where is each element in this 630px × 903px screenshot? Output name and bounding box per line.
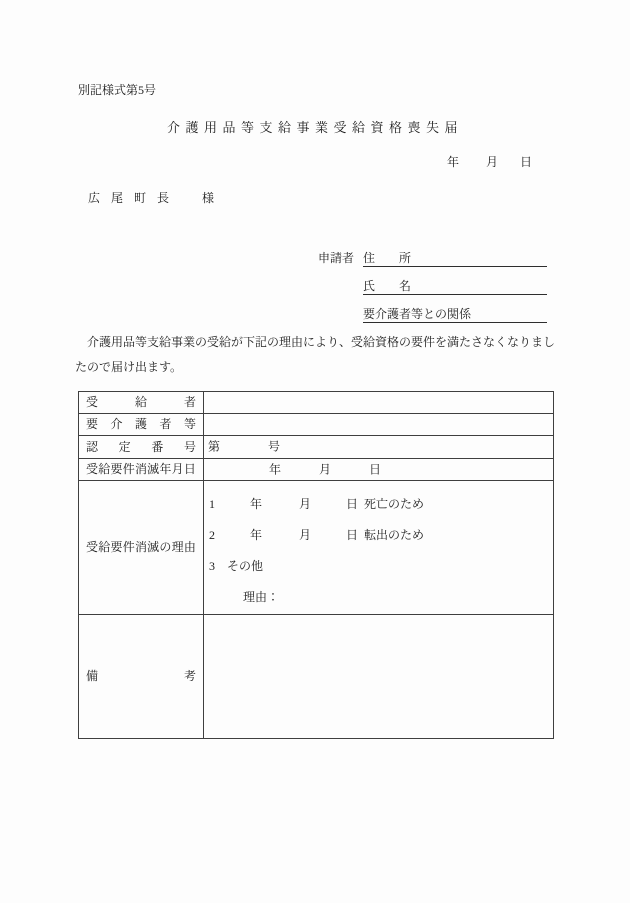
recipient-label: 受給者 bbox=[86, 396, 196, 409]
loss-date-label: 受給要件消滅年月日 bbox=[86, 463, 196, 476]
reason-option-2: 2 年 月 日 転出のため bbox=[204, 529, 553, 542]
applicant-label: 申請者 bbox=[318, 251, 354, 265]
applicant-relation-field: 要介護者等との関係 bbox=[363, 307, 547, 323]
loss-reason-label-cell: 受給要件消滅の理由 bbox=[79, 481, 204, 615]
document-page: 別記様式第5号 介護用品等支給事業受給資格喪失届 年月日 広尾町長様 申請者 住… bbox=[0, 0, 630, 903]
reason-2-number: 2 bbox=[209, 529, 215, 542]
loss-date-year-label: 年 bbox=[269, 463, 281, 476]
cert-number-value-cell: 第 号 bbox=[204, 436, 554, 459]
table-row-loss-reason: 受給要件消滅の理由 1 年 月 日 死亡のため 2 年 月 日 bbox=[79, 481, 554, 615]
table-row-cert-number: 認定番号 第 号 bbox=[79, 436, 554, 459]
reason-1-year-label: 年 bbox=[250, 498, 262, 511]
body-line: たので届け出ます。 bbox=[75, 355, 565, 380]
remarks-label-cell: 備考 bbox=[79, 615, 204, 739]
applicant-block: 申請者 住 所 氏 名 要介護者等との関係 bbox=[318, 251, 547, 323]
reason-1-text: 死亡のため bbox=[364, 498, 424, 511]
table-row-care-person: 要介護者等 bbox=[79, 414, 554, 436]
care-person-label: 要介護者等 bbox=[86, 418, 196, 431]
reason-note-label: 理由： bbox=[243, 591, 279, 604]
date-day-label: 日 bbox=[520, 155, 532, 169]
table-row-recipient: 受給者 bbox=[79, 392, 554, 414]
cert-number-label: 認定番号 bbox=[86, 441, 196, 454]
date-line: 年月日 bbox=[447, 156, 532, 169]
form-number: 別記様式第5号 bbox=[78, 84, 156, 97]
reason-2-year-label: 年 bbox=[250, 529, 262, 542]
date-year-label: 年 bbox=[447, 155, 459, 169]
remarks-label: 備考 bbox=[86, 670, 196, 683]
applicant-name-field: 氏 名 bbox=[363, 279, 547, 295]
reason-1-number: 1 bbox=[209, 498, 215, 511]
reason-note-line: 理由： bbox=[204, 591, 553, 604]
reason-1-day-label: 日 bbox=[346, 498, 358, 511]
main-table: 受給者 要介護者等 認定番号 第 号 bbox=[78, 391, 554, 739]
reason-1-month-label: 月 bbox=[299, 498, 311, 511]
recipient-label-cell: 受給者 bbox=[79, 392, 204, 414]
loss-date-month-label: 月 bbox=[319, 463, 331, 476]
table-row-loss-date: 受給要件消滅年月日 年 月 日 bbox=[79, 459, 554, 481]
reason-option-1: 1 年 月 日 死亡のため bbox=[204, 498, 553, 511]
reason-2-day-label: 日 bbox=[346, 529, 358, 542]
reason-option-3: 3 その他 bbox=[204, 560, 553, 573]
applicant-address-field: 住 所 bbox=[363, 251, 547, 267]
date-month-label: 月 bbox=[486, 155, 498, 169]
cert-number-label-cell: 認定番号 bbox=[79, 436, 204, 459]
loss-date-value-cell: 年 月 日 bbox=[204, 459, 554, 481]
body-paragraph: 介護用品等支給事業の受給が下記の理由により、受給資格の要件を満たさなくなりまし … bbox=[75, 330, 565, 380]
reason-2-text: 転出のため bbox=[364, 529, 424, 542]
table-row-remarks: 備考 bbox=[79, 615, 554, 739]
reason-3-number: 3 bbox=[209, 560, 215, 573]
loss-reason-label: 受給要件消滅の理由 bbox=[86, 541, 196, 554]
page-title: 介護用品等支給事業受給資格喪失届 bbox=[0, 121, 630, 135]
addressee-line: 広尾町長様 bbox=[88, 192, 214, 205]
loss-reason-value-cell: 1 年 月 日 死亡のため 2 年 月 日 転出のため 3 bbox=[204, 481, 554, 615]
reason-3-text: その他 bbox=[227, 560, 263, 573]
applicant-fields: 住 所 氏 名 要介護者等との関係 bbox=[363, 251, 547, 323]
care-person-label-cell: 要介護者等 bbox=[79, 414, 204, 436]
cert-number-suffix: 号 bbox=[268, 441, 280, 454]
loss-date-label-cell: 受給要件消滅年月日 bbox=[79, 459, 204, 481]
remarks-value-cell bbox=[204, 615, 554, 739]
addressee-honorific: 様 bbox=[202, 191, 214, 205]
recipient-value-cell bbox=[204, 392, 554, 414]
care-person-value-cell bbox=[204, 414, 554, 436]
body-line: 介護用品等支給事業の受給が下記の理由により、受給資格の要件を満たさなくなりまし bbox=[75, 330, 565, 355]
cert-number-prefix: 第 bbox=[208, 441, 220, 454]
reason-2-month-label: 月 bbox=[299, 529, 311, 542]
addressee-name: 広尾町長 bbox=[88, 191, 180, 205]
loss-date-day-label: 日 bbox=[369, 463, 381, 476]
